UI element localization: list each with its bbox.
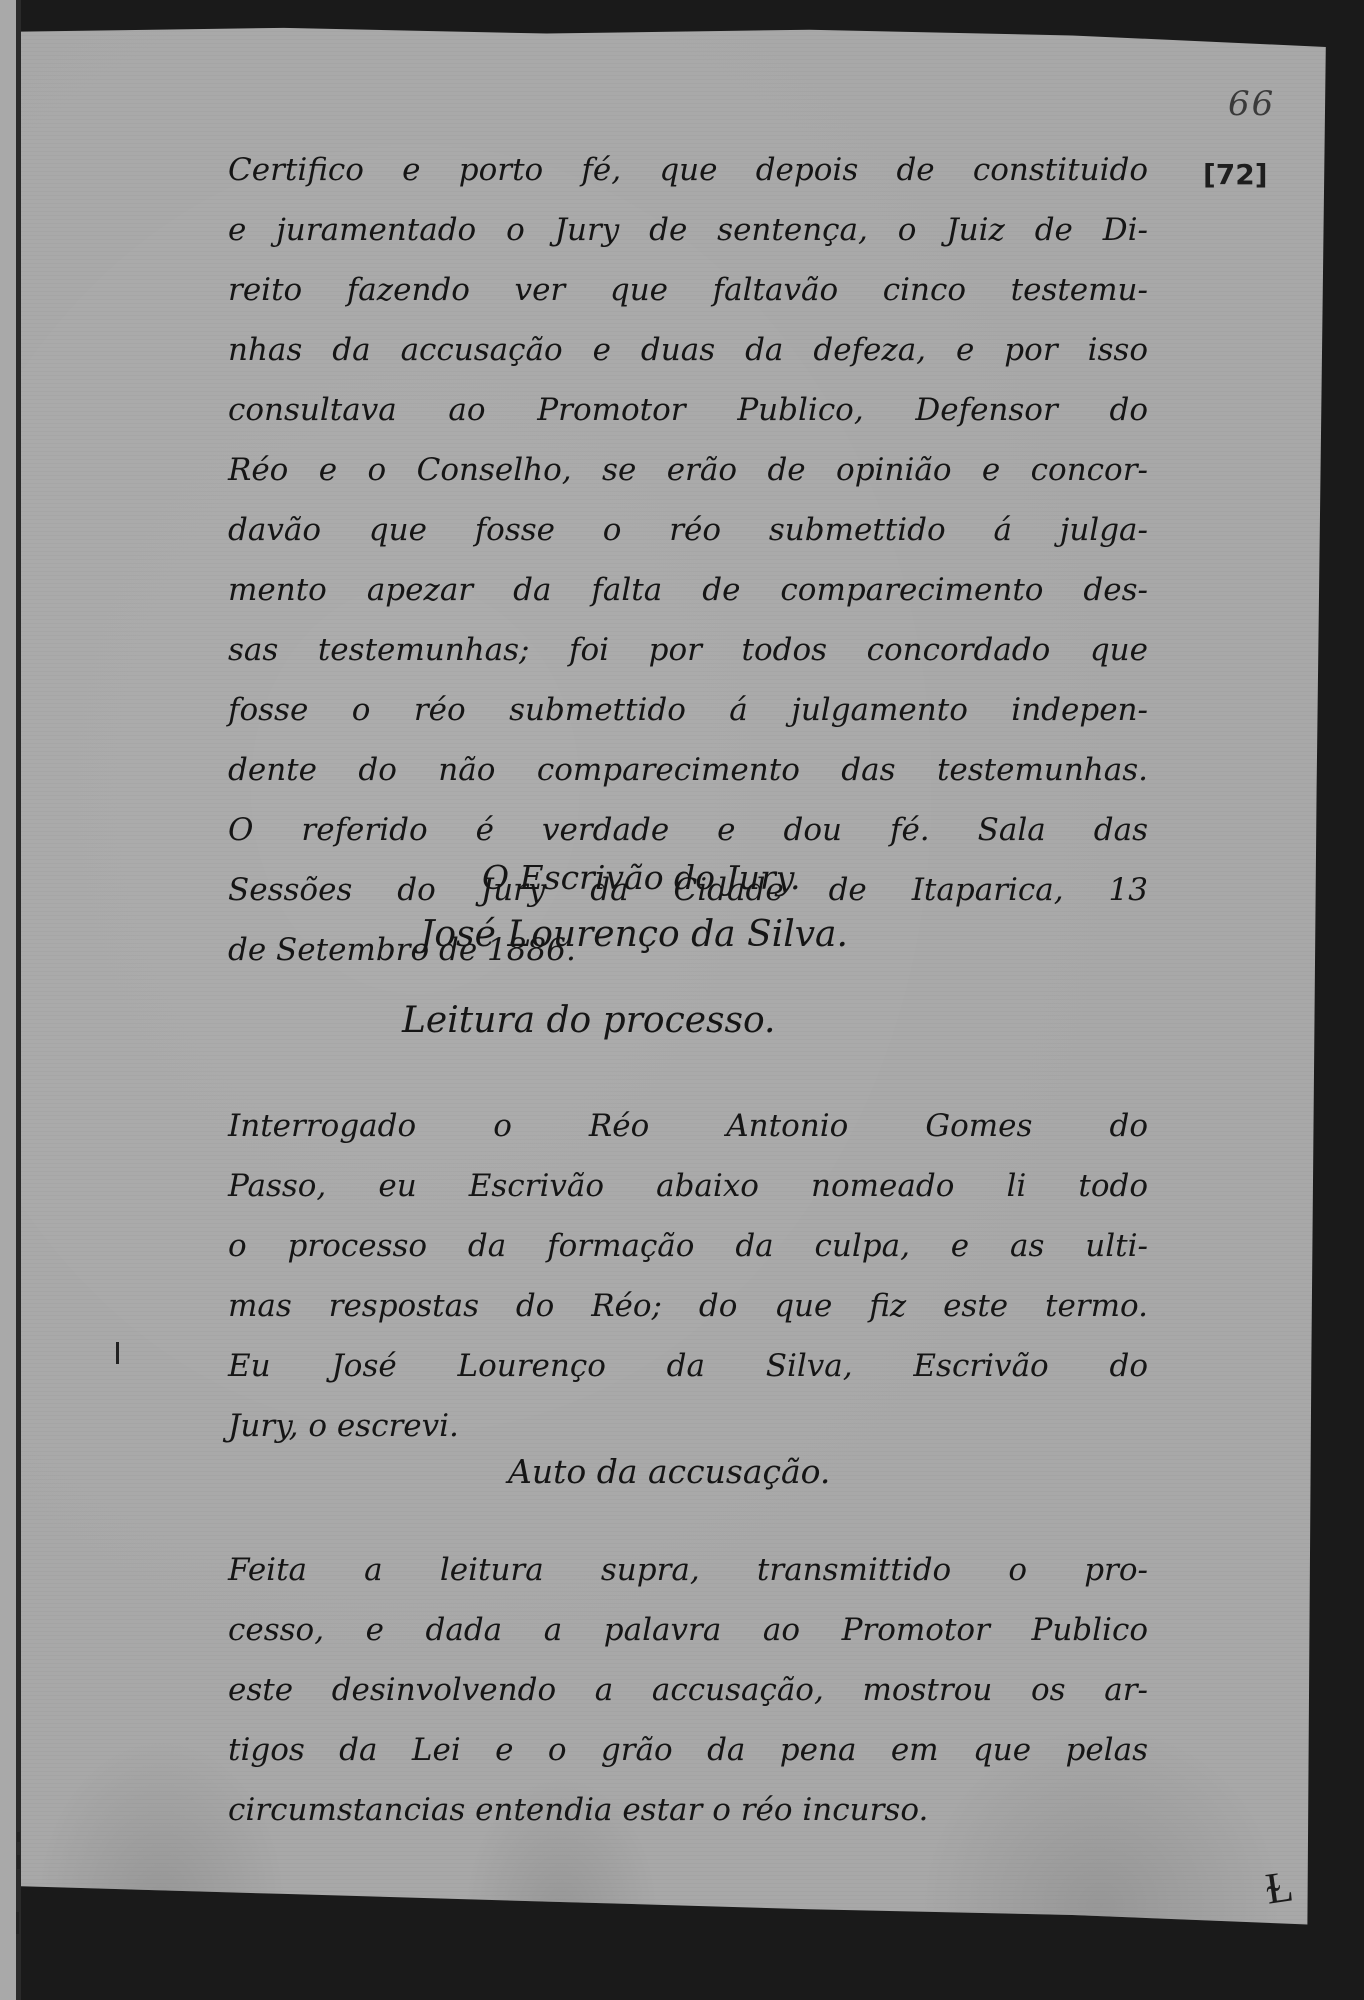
- text-line: cesso, e dada a palavra ao Promotor Publ…: [228, 1600, 1148, 1660]
- text-line: circumstancias entendia estar o réo incu…: [228, 1780, 1148, 1840]
- adjacent-page-edge: [0, 0, 16, 2000]
- text-line: este desinvolvendo a accusação, mostrou …: [228, 1660, 1148, 1720]
- text-line: Réo e o Conselho, se erão de opinião e c…: [228, 440, 1148, 500]
- document-scan: 66 [72] Certifico e porto fé, que depois…: [0, 0, 1364, 2000]
- text-line: mas respostas do Réo; do que fiz este te…: [228, 1276, 1148, 1336]
- text-line: Certifico e porto fé, que depois de cons…: [228, 140, 1148, 200]
- text-line: Jury, o escrevi.: [228, 1396, 1148, 1456]
- text-line: o processo da formação da culpa, e as ul…: [228, 1216, 1148, 1276]
- signature-title: O Escrivão do Jury.: [482, 858, 801, 897]
- text-line: e juramentado o Jury de sentença, o Juiz…: [228, 200, 1148, 260]
- text-line: mento apezar da falta de comparecimento …: [228, 560, 1148, 620]
- text-line: dente do não comparecimento das testemun…: [228, 740, 1148, 800]
- folio-number: 66: [1228, 84, 1275, 124]
- text-line: Interrogado o Réo Antonio Gomes do: [228, 1096, 1148, 1156]
- text-line: Eu José Lourenço da Silva, Escrivão do: [228, 1336, 1148, 1396]
- text-line: tigos da Lei e o grão da pena em que pel…: [228, 1720, 1148, 1780]
- text-line: davão que fosse o réo submettido á julga…: [228, 500, 1148, 560]
- text-line: O referido é verdade e dou fé. Sala das: [228, 800, 1148, 860]
- text-line: fosse o réo submettido á julgamento inde…: [228, 680, 1148, 740]
- text-line: nhas da accusação e duas da defeza, e po…: [228, 320, 1148, 380]
- text-line: reito fazendo ver que faltavão cinco tes…: [228, 260, 1148, 320]
- accusation-paragraph: Feita a leitura supra, transmittido o pr…: [228, 1540, 1148, 1840]
- certificate-paragraph: Certifico e porto fé, que depois de cons…: [228, 140, 1148, 980]
- archive-page-number: [72]: [1203, 158, 1268, 191]
- text-line: Feita a leitura supra, transmittido o pr…: [228, 1540, 1148, 1600]
- section-heading-accusation: Auto da accusação.: [508, 1452, 830, 1491]
- margin-mark: [17, 1855, 20, 1869]
- section-heading-reading: Leitura do processo.: [402, 1000, 775, 1041]
- text-line: consultava ao Promotor Publico, Defensor…: [228, 380, 1148, 440]
- margin-mark: [116, 1342, 119, 1364]
- reading-paragraph: Interrogado o Réo Antonio Gomes do Passo…: [228, 1096, 1148, 1456]
- binding-line: [16, 0, 21, 2000]
- text-line: sas testemunhas; foi por todos concordad…: [228, 620, 1148, 680]
- signature-name: José Lourenço da Silva.: [420, 914, 848, 955]
- margin-mark: [17, 1832, 20, 1842]
- text-line: Passo, eu Escrivão abaixo nomeado li tod…: [228, 1156, 1148, 1216]
- margin-mark: [16, 1912, 19, 1934]
